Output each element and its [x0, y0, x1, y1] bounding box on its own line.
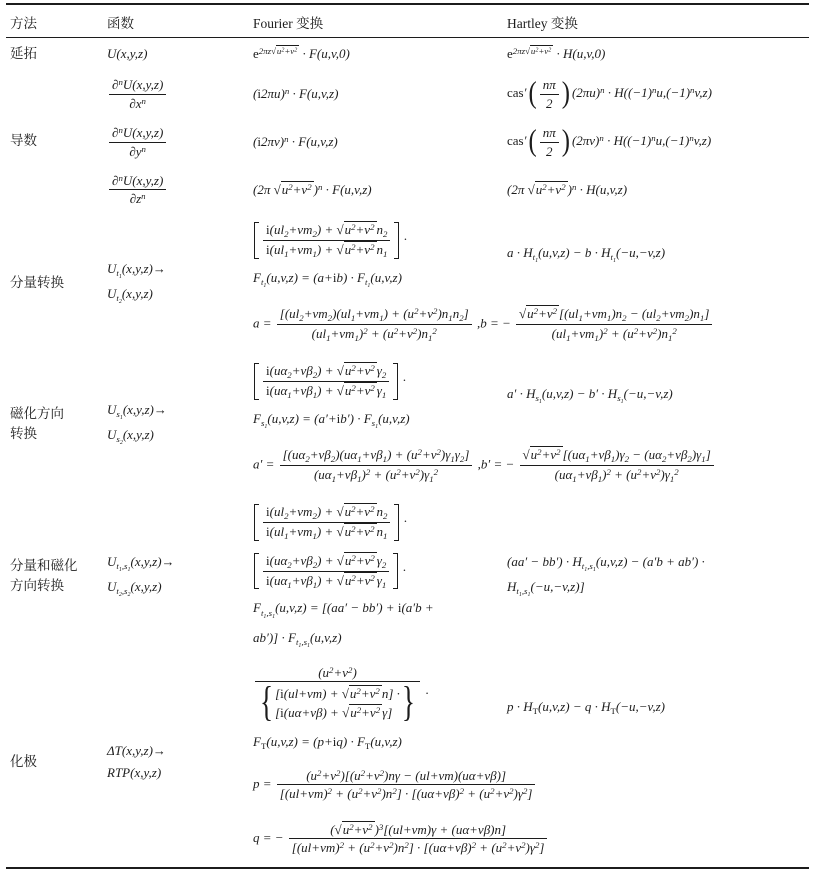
formula-line: q = − (√u2+v2)3[(ul+vm)γ + (uα+vβ)n][(ul… [253, 822, 809, 856]
formula-line: Us1(x,y,z)→ [107, 402, 247, 421]
formula-line: e2πz√u2+v2 · F(u,v,0) [253, 46, 501, 62]
column-header-method: 方法 [6, 5, 103, 38]
formula-line: ΔT(x,y,z)→ [107, 743, 247, 759]
column-header-function: 函数 [103, 5, 249, 38]
formula-table: 方法 函数 Fourier 变换 Hartley 变换 延拓U(x,y,z)e2… [6, 5, 809, 867]
formula-line: (i2πu)n · F(u,v,z) [253, 86, 501, 102]
method-cell: 分量和磁化方向转换 [6, 495, 103, 657]
method-label: 分量和磁化 [10, 556, 101, 576]
method-label: 分量转换 [10, 273, 101, 293]
formula-line: U(x,y,z) [107, 46, 247, 62]
method-label: 延拓 [10, 44, 101, 64]
function-cell: Ut1(x,y,z)→Ut2(x,y,z) [103, 213, 249, 354]
function-cell: Ut1,s1(x,y,z)→Ut2,s2(x,y,z) [103, 495, 249, 657]
formula-line: a′ = [(uα2+vβ2)(uα1+vβ1) + (u2+v2)γ1γ2](… [253, 447, 809, 484]
formula-line: (2π √u2+v2)n · H(u,v,z) [507, 182, 807, 198]
formula-line: RTP(x,y,z) [107, 765, 247, 781]
formula-line: a · Ht1(u,v,z) − b · Ht1(−u,−v,z) [507, 245, 807, 264]
hartley-transform-cell: p · HT(u,v,z) − q · HT(−u,−v,z) [503, 657, 809, 759]
formula-line: Ut2,s2(x,y,z) [107, 579, 247, 598]
formula-line: (i2πv)n · F(u,v,z) [253, 134, 501, 150]
formula-line: (u2+v2){[i(ul+vm) + √u2+v2n] ·[i(uα+vβ) … [253, 665, 501, 724]
fourier-transform-cell: e2πz√u2+v2 · F(u,v,0) [249, 38, 503, 70]
formula-line: FT(u,v,z) = (p+iq) · FT(u,v,z) [253, 734, 501, 751]
hartley-transform-cell: e2πz√u2+v2 · H(u,v,0) [503, 38, 809, 70]
formula-line: e2πz√u2+v2 · H(u,v,0) [507, 46, 807, 62]
function-cell: ΔT(x,y,z)→RTP(x,y,z) [103, 657, 249, 867]
fourier-transform-cell: i(ul2+vm2) + √u2+v2n2i(ul1+vm1) + √u2+v2… [249, 495, 503, 657]
method-label: 磁化方向 [10, 404, 101, 424]
formula-line: i(ul2+vm2) + √u2+v2n2i(ul1+vm1) + √u2+v2… [253, 503, 501, 542]
coefficient-definition-line: q = − (√u2+v2)3[(ul+vm)γ + (uα+vβ)n][(ul… [249, 813, 809, 867]
method-cell: 磁化方向转换 [6, 354, 103, 495]
formula-line: i(uα2+vβ2) + √u2+v2γ2i(uα1+vβ1) + √u2+v2… [253, 362, 501, 401]
fourier-transform-cell: i(uα2+vβ2) + √u2+v2γ2i(uα1+vβ1) + √u2+v2… [249, 354, 503, 438]
fourier-transform-cell: (i2πu)n · F(u,v,z) [249, 70, 503, 118]
formula-line: Ut2(x,y,z) [107, 286, 247, 305]
hartley-transform-cell: a′ · Hs1(u,v,z) − b′ · Hs1(−u,−v,z) [503, 354, 809, 438]
fourier-transform-cell: (u2+v2){[i(ul+vm) + √u2+v2n] ·[i(uα+vβ) … [249, 657, 503, 759]
formula-line: Ft1,s1(u,v,z) = [(aa′ − bb′) + i(a′b + [253, 600, 501, 619]
page: { "table": { "headers": ["方法", "函数", "Fo… [0, 3, 815, 869]
formula-line: p = (u2+v2)[(u2+v2)nγ − (ul+vm)(uα+vβ)][… [253, 768, 809, 802]
formula-line: ∂nU(x,y,z)∂xn [107, 77, 247, 111]
function-cell: ∂nU(x,y,z)∂yn [103, 118, 249, 166]
formula-table-wrap: 方法 函数 Fourier 变换 Hartley 变换 延拓U(x,y,z)e2… [6, 3, 809, 869]
method-cell: 导数 [6, 70, 103, 213]
column-header-fourier: Fourier 变换 [249, 5, 503, 38]
method-cell: 化极 [6, 657, 103, 867]
formula-line: i(ul2+vm2) + √u2+v2n2i(ul1+vm1) + √u2+v2… [253, 221, 501, 260]
method-label: 转换 [10, 424, 101, 444]
coefficient-definition-line: a = [(ul2+vm2)(ul1+vm1) + (u2+v2)n1n2](u… [249, 297, 809, 354]
formula-line: (aa′ − bb′) · Ht1,s1(u,v,z) − (a′b + ab′… [507, 554, 807, 573]
formula-line: Ut1(x,y,z)→ [107, 261, 247, 280]
coefficient-definition-line: p = (u2+v2)[(u2+v2)nγ − (ul+vm)(uα+vβ)][… [249, 759, 809, 813]
method-cell: 分量转换 [6, 213, 103, 354]
formula-line: ab′)] · Ft1,s1(u,v,z) [253, 630, 501, 649]
formula-line: p · HT(u,v,z) − q · HT(−u,−v,z) [507, 699, 807, 716]
formula-line: Ht1,s1(−u,−v,z)] [507, 579, 807, 598]
column-header-hartley: Hartley 变换 [503, 5, 809, 38]
function-cell: U(x,y,z) [103, 38, 249, 70]
formula-line: ∂nU(x,y,z)∂yn [107, 125, 247, 159]
method-cell: 延拓 [6, 38, 103, 70]
formula-line: Us2(x,y,z) [107, 427, 247, 446]
function-cell: ∂nU(x,y,z)∂zn [103, 167, 249, 213]
hartley-transform-cell: a · Ht1(u,v,z) − b · Ht1(−u,−v,z) [503, 213, 809, 297]
fourier-transform-cell: (i2πv)n · F(u,v,z) [249, 118, 503, 166]
fourier-transform-cell: (2π √u2+v2)n · F(u,v,z) [249, 167, 503, 213]
formula-line: a′ · Hs1(u,v,z) − b′ · Hs1(−u,−v,z) [507, 386, 807, 405]
formula-line: i(uα2+vβ2) + √u2+v2γ2i(uα1+vβ1) + √u2+v2… [253, 552, 501, 591]
hartley-transform-cell: (2π √u2+v2)n · H(u,v,z) [503, 167, 809, 213]
formula-line: cas′(nπ2)(2πv)n · H((−1)nu,(−1)nv,z) [507, 124, 807, 160]
formula-line: cas′(nπ2)(2πu)n · H((−1)nu,(−1)nv,z) [507, 76, 807, 112]
formula-line: (2π √u2+v2)n · F(u,v,z) [253, 182, 501, 198]
method-label: 化极 [10, 752, 101, 772]
function-cell: ∂nU(x,y,z)∂xn [103, 70, 249, 118]
coefficient-definition-line: a′ = [(uα2+vβ2)(uα1+vβ1) + (u2+v2)γ1γ2](… [249, 438, 809, 495]
formula-line: a = [(ul2+vm2)(ul1+vm1) + (u2+v2)n1n2](u… [253, 306, 809, 343]
hartley-transform-cell: cas′(nπ2)(2πv)n · H((−1)nu,(−1)nv,z) [503, 118, 809, 166]
formula-line: Fs1(u,v,z) = (a′+ib′) · Fs1(u,v,z) [253, 411, 501, 430]
method-label: 导数 [10, 131, 101, 151]
function-cell: Us1(x,y,z)→Us2(x,y,z) [103, 354, 249, 495]
hartley-transform-cell: cas′(nπ2)(2πu)n · H((−1)nu,(−1)nv,z) [503, 70, 809, 118]
formula-line: ∂nU(x,y,z)∂zn [107, 173, 247, 207]
formula-line: Ut1,s1(x,y,z)→ [107, 554, 247, 573]
method-label: 方向转换 [10, 576, 101, 596]
fourier-transform-cell: i(ul2+vm2) + √u2+v2n2i(ul1+vm1) + √u2+v2… [249, 213, 503, 297]
formula-line: Ft1(u,v,z) = (a+ib) · Ft1(u,v,z) [253, 270, 501, 289]
hartley-transform-cell: (aa′ − bb′) · Ht1,s1(u,v,z) − (a′b + ab′… [503, 495, 809, 657]
